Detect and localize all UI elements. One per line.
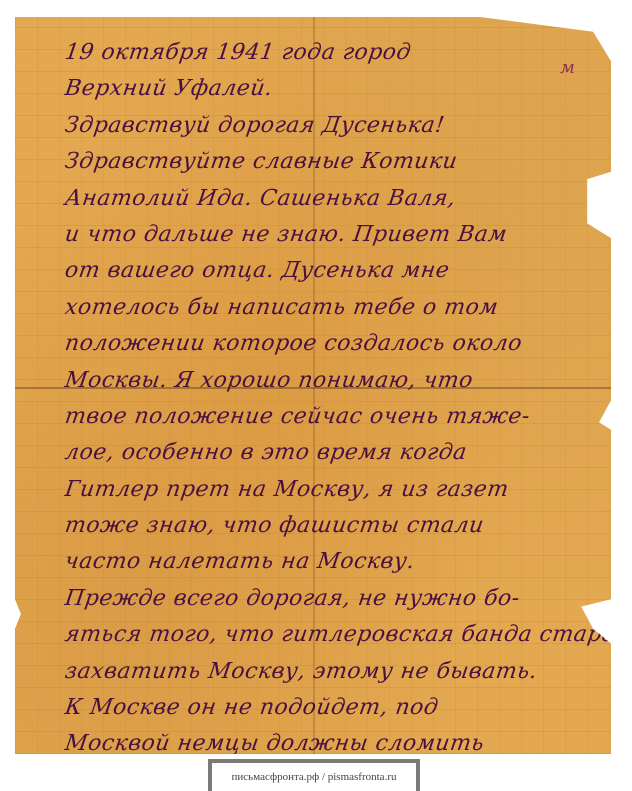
letter-line: Здравствуй дорогая Дусенька!: [62, 108, 627, 144]
letter-paper: м 19 октября 1941 года город Верхний Уфа…: [15, 17, 611, 754]
letter-line: захватить Москву, этому не бывать.: [62, 654, 627, 690]
letter-line: и что дальше не знаю. Привет Вам: [62, 217, 627, 253]
letter-line: часто налетать на Москву.: [62, 544, 627, 580]
letter-line: Гитлер прет на Москву, я из газет: [62, 472, 627, 508]
letter-line-date: 19 октября 1941 года город: [62, 35, 627, 71]
letter-line: твое положение сейчас очень тяже-: [62, 399, 627, 435]
handwritten-text: 19 октября 1941 года город Верхний Уфале…: [65, 35, 625, 763]
letter-line: Москвы. Я хорошо понимаю, что: [62, 363, 627, 399]
letter-line: лое, особенно в это время когда: [62, 435, 627, 471]
source-watermark: письмасфронта.рф / pismasfronta.ru: [208, 759, 420, 791]
letter-line: Москвой немцы должны сломить: [62, 726, 627, 762]
letter-line: хотелось бы написать тебе о том: [62, 290, 627, 326]
letter-line: от вашего отца. Дусенька мне: [62, 253, 627, 289]
letter-line: положении которое создалось около: [62, 326, 627, 362]
letter-line: Здравствуйте славные Котики: [62, 144, 627, 180]
letter-line-place: Верхний Уфалей.: [62, 71, 627, 107]
letter-line: Анатолий Ида. Сашенька Валя,: [62, 181, 627, 217]
letter-line: яться того, что гитлеровская банда стара…: [62, 617, 627, 653]
letter-line: тоже знаю, что фашисты стали: [62, 508, 627, 544]
letter-line: Прежде всего дорогая, не нужно бо-: [62, 581, 627, 617]
letter-line: К Москве он не подойдет, под: [62, 690, 627, 726]
